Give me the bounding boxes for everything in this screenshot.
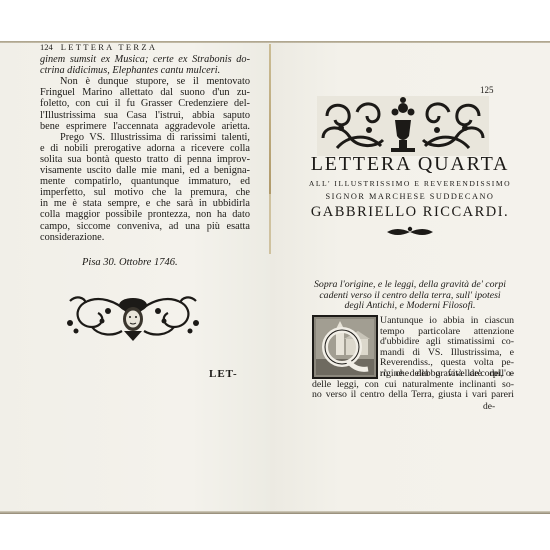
text-line: Non è dunque stupore, se il mentovato <box>40 76 250 87</box>
text-line: Fringuel Marino allettato dal suono d'un… <box>40 87 250 98</box>
text-line: considerazione. <box>40 232 250 243</box>
text-line: foletto, con cui il fu Grasser Credenzie… <box>40 98 250 109</box>
text-line: ginem sumsit ex Musica; certe ex Strabon… <box>40 54 250 65</box>
subtitle-line: Sopra l'origine, e le leggi, della gravi… <box>304 280 516 291</box>
text-line: bene esprimere l'accennata aggradevole a… <box>40 121 250 132</box>
text-line: no verso il centro della Terra, giusta i… <box>312 390 514 401</box>
text-line: imperfetto, sul motivo che la premura, c… <box>40 187 250 198</box>
text-line: l'Illustrissima sua Casa l'istruì, abbia… <box>40 110 250 121</box>
headpiece-ornament-icon <box>317 96 489 156</box>
left-catchword: LET- <box>209 368 238 380</box>
book-gutter-lower <box>269 194 271 254</box>
dedication-line-1: ALL' ILLUSTRISSIMO E REVERENDISSIMO <box>300 177 520 190</box>
left-page-number: 124 <box>40 42 53 52</box>
text-line: visamente uscito dalle mie mani, ed a be… <box>40 165 250 176</box>
text-line: solita sua bontà questo tratto di penna … <box>40 154 250 165</box>
text-line: e di nobili prerogative adorna a ricever… <box>40 143 250 154</box>
text-line: mente compatirlo, quantunque immaturo, e… <box>40 176 250 187</box>
text-line: rigine della gravità de'corpi, e <box>312 369 514 380</box>
left-running-head: 124LETTERA TERZA <box>40 42 250 53</box>
subtitle-line: degli Antichi, e Moderni Filosofi. <box>304 301 516 312</box>
text-line: colla maggior possibile prontezza, non h… <box>40 209 250 220</box>
recipient-name: GABBRIELLO RICCARDI. <box>300 203 520 221</box>
text-line: campo, siccome conveniva, ad una più esa… <box>40 221 250 232</box>
fleuron-icon <box>385 226 435 238</box>
right-catchword: de- <box>483 402 495 412</box>
text-line: in me è stata sempre, e che sarà in ubbi… <box>40 198 250 209</box>
page-bottom-edge <box>0 511 550 514</box>
text-line: Uantunque io abbia in ciascun <box>380 316 514 327</box>
letter-title: LETTERA QUARTA <box>300 153 520 175</box>
letter-title-block: LETTERA QUARTA ALL' ILLUSTRISSIMO E REVE… <box>300 153 520 238</box>
body-full-width: rigine della gravità de'corpi, e delle l… <box>312 369 514 401</box>
letter-subtitle: Sopra l'origine, e le leggi, della gravi… <box>304 280 516 312</box>
right-page-number: 125 <box>480 85 494 95</box>
text-line: Prego VS. Illustrissima di rarissimi tal… <box>40 132 250 143</box>
book-gutter <box>269 44 271 194</box>
tailpiece-ornament-icon <box>62 291 204 343</box>
left-running-title: LETTERA TERZA <box>61 42 158 52</box>
text-line: ctrina didicimus, Elephantes cantu mulce… <box>40 65 250 76</box>
left-page-text: 124LETTERA TERZA ginem sumsit ex Musica;… <box>40 42 250 268</box>
dateline: Pisa 30. Ottobre 1746. <box>40 257 250 268</box>
dedication-line-2: SIGNOR MARCHESE SUDDECANO <box>300 190 520 203</box>
